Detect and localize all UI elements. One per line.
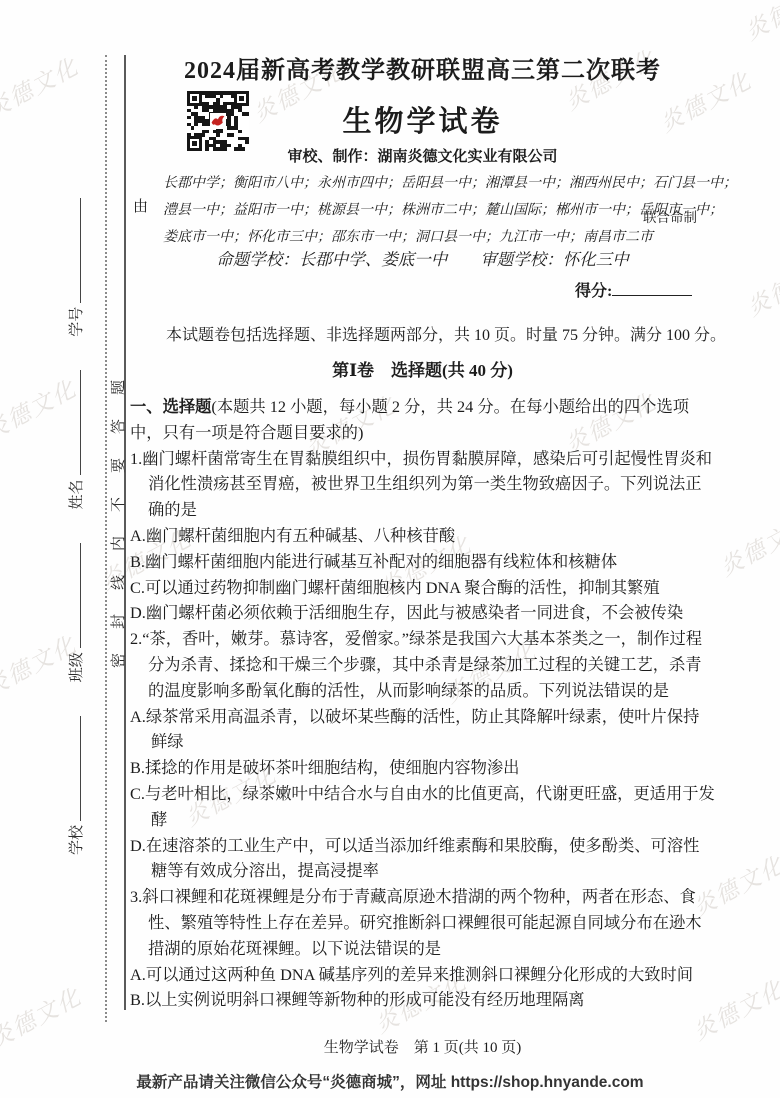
option-text: 幽门螺杆菌细胞内能进行碱基互补配对的细胞器有线粒体和核糖体 [145,552,617,571]
qr-code [187,91,249,151]
option-text: 揉捻的作用是破坏茶叶细胞结构，使细胞内容物渗出 [145,758,519,777]
watermark-text: 炎德文化 [738,0,780,47]
field-student-number: 学号 [69,198,85,337]
question-1-stem: 1.幽门螺杆菌常寄生在胃黏膜组织中，损伤胃黏膜屏障，感染后可引起慢性胃炎和消化性… [130,446,715,523]
school-list-line: 澧县一中；益阳市一中；桃源县一中；株洲市二中；麓山国际；郴州市一中；岳阳市一中； [163,197,643,224]
qr-finder-icon [234,91,249,106]
option-text: 可以通过这两种鱼 DNA 碱基序列的差异来推测斜口裸鲤分化形成的大致时间 [146,965,693,984]
option-label: C. [130,784,145,803]
option-label: A. [130,965,146,984]
watermark-text: 炎德文化 [0,978,87,1054]
seal-warning-text: 密封线内不要答题 [112,356,127,668]
option-label: B. [130,758,145,777]
question-1-option-b: B.幽门螺杆菌细胞内能进行碱基互补配对的细胞器有线粒体和核糖体 [130,549,715,575]
watermark-text: 炎德文化 [740,246,780,322]
option-label: A. [130,707,146,726]
field-student-number-blank [77,198,81,303]
promo-banner: 最新产品请关注微信公众号“炎德商城”，网址 https://shop.hnyan… [0,1070,780,1092]
qr-finder-icon [187,91,202,106]
option-label: D. [130,603,146,622]
question-3-stem: 3.斜口裸鲤和花斑裸鲤是分布于青藏高原逊木措湖的两个物种，两者在形态、食性、繁殖… [130,884,715,961]
question-area: 一、选择题(本题共 12 小题，每小题 2 分，共 24 分。在每小题给出的四个… [130,394,715,1013]
part-label: 一、选择题 [130,397,211,416]
question-1-option-c: C.可以通过药物抑制幽门螺杆菌细胞核内 DNA 聚合酶的活性，抑制其繁殖 [130,575,715,601]
exam-title: 2024届新高考教学教研联盟高三第二次联考 [130,50,715,85]
option-text: 绿茶常采用高温杀青，以破坏某些酶的活性，防止其降解叶绿素，使叶片保持鲜绿 [146,707,700,752]
option-text: 与老叶相比，绿茶嫩叶中结合水与自由水的比值更高，代谢更旺盛，更适用于发酵 [145,784,715,829]
field-school-blank [77,716,81,821]
exam-instructions: 本试题卷包括选择题、非选择题两部分，共 10 页。时量 75 分钟。满分 100… [166,322,726,345]
exam-page: 炎德文化 炎德文化 炎德文化 炎德文化 炎德文化 炎德文化 炎德文化 炎德文化 … [0,0,780,1098]
field-school-label: 学校 [69,825,85,855]
joint-label: 联合命制 [643,206,697,226]
bird-logo-icon [210,113,226,129]
question-3-text: 斜口裸鲤和花斑裸鲤是分布于青藏高原逊木措湖的两个物种，两者在形态、食性、繁殖等特… [142,887,701,958]
part-header: 一、选择题(本题共 12 小题，每小题 2 分，共 24 分。在每小题给出的四个… [130,394,715,446]
student-info-fields: 学校 班级 姓名 学号 [70,198,85,855]
setter-line: 命题学校：长郡中学、娄底一中 审题学校：怀化三中 [130,246,715,270]
field-class-label: 班级 [69,652,85,682]
field-name-label: 姓名 [69,479,85,509]
option-label: C. [130,578,145,597]
section-title: 第Ⅰ卷 选择题(共 40 分) [130,356,715,381]
seal-dotted-line [105,55,107,1022]
option-text: 幽门螺杆菌必须依赖于活细胞生存，因此与被感染者一同进食，不会被传染 [146,603,683,622]
by-label: 由 [133,195,148,216]
question-2-number: 2. [130,629,142,648]
option-label: B. [130,990,145,1009]
page-footer: 生物学试卷 第 1 页(共 10 页) [130,1036,715,1057]
option-label: D. [130,836,146,855]
score-blank [612,281,692,296]
school-list-line: 长郡中学；衡阳市八中；永州市四中；岳阳县一中；湘潭县一中；湘西州民中；石门县一中… [163,170,643,197]
question-1-option-d: D.幽门螺杆菌必须依赖于活细胞生存，因此与被感染者一同进食，不会被传染 [130,600,715,626]
part-desc: (本题共 12 小题，每小题 2 分，共 24 分。在每小题给出的四个选项中，只… [130,397,689,442]
watermark-text: 炎德文化 [713,506,780,582]
question-2-text: “茶，香叶，嫩芽。慕诗客，爱僧家。”绿茶是我国六大基本茶类之一，制作过程分为杀青… [142,629,702,700]
field-name: 姓名 [69,370,85,509]
watermark-text: 炎德文化 [0,48,84,124]
option-text: 可以通过药物抑制幽门螺杆菌细胞核内 DNA 聚合酶的活性，抑制其繁殖 [145,578,660,597]
question-2-option-d: D.在速溶茶的工业生产中，可以适当添加纤维素酶和果胶酶，使多酚类、可溶性糖等有效… [130,833,715,885]
question-2-option-b: B.揉捻的作用是破坏茶叶细胞结构，使细胞内容物渗出 [130,755,715,781]
option-label: A. [130,526,146,545]
field-name-blank [77,370,81,475]
option-text: 在速溶茶的工业生产中，可以适当添加纤维素酶和果胶酶，使多酚类、可溶性糖等有效成分… [146,836,700,881]
score-field: 得分: [575,278,692,301]
question-3-number: 3. [130,887,142,906]
field-school: 学校 [69,716,85,855]
question-2-option-c: C.与老叶相比，绿茶嫩叶中结合水与自由水的比值更高，代谢更旺盛，更适用于发酵 [130,781,715,833]
qr-finder-icon [187,136,202,151]
field-class-blank [77,543,81,648]
question-3-option-a: A.可以通过这两种鱼 DNA 碱基序列的差异来推测斜口裸鲤分化形成的大致时间 [130,962,715,988]
question-2-option-a: A.绿茶常采用高温杀青，以破坏某些酶的活性，防止其降解叶绿素，使叶片保持鲜绿 [130,704,715,756]
question-1-option-a: A.幽门螺杆菌细胞内有五种碱基、八种核苷酸 [130,523,715,549]
option-text: 以上实例说明斜口裸鲤等新物种的形成可能没有经历地理隔离 [145,990,585,1009]
school-list: 长郡中学；衡阳市八中；永州市四中；岳阳县一中；湘潭县一中；湘西州民中；石门县一中… [163,170,643,251]
question-1-number: 1. [130,449,142,468]
score-label: 得分: [575,283,612,300]
question-2-stem: 2.“茶，香叶，嫩芽。慕诗客，爱僧家。”绿茶是我国六大基本茶类之一，制作过程分为… [130,626,715,703]
field-class: 班级 [69,543,85,682]
question-3-option-b: B.以上实例说明斜口裸鲤等新物种的形成可能没有经历地理隔离 [130,987,715,1013]
field-student-number-label: 学号 [69,307,85,337]
option-text: 幽门螺杆菌细胞内有五种碱基、八种核苷酸 [146,526,455,545]
option-label: B. [130,552,145,571]
question-1-text: 幽门螺杆菌常寄生在胃黏膜组织中，损伤胃黏膜屏障，感染后可引起慢性胃炎和消化性溃疡… [142,449,712,520]
